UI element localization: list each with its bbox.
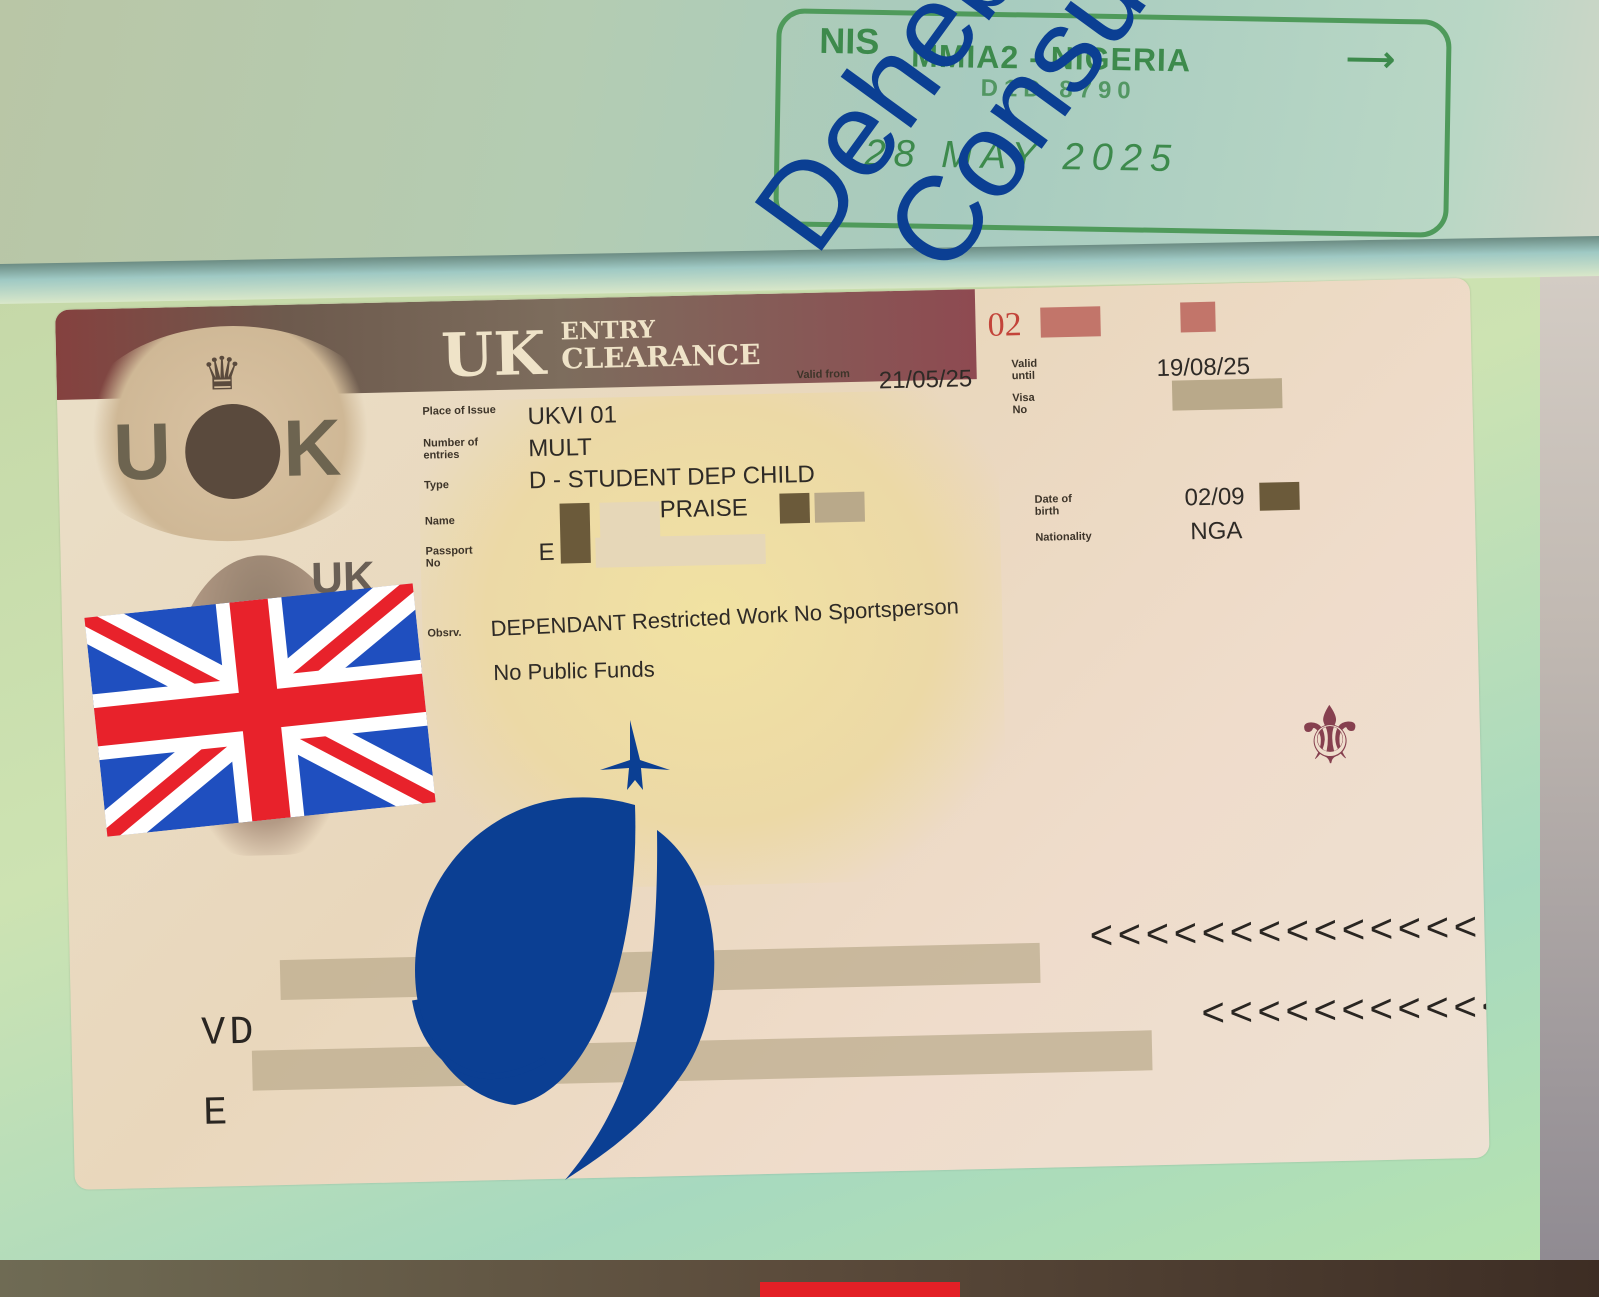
redacted-visa-no xyxy=(1172,378,1283,410)
redacted-name xyxy=(779,493,810,524)
arrow-right-icon: ⟶ xyxy=(1346,39,1395,80)
visa-no-label: Visa No xyxy=(1012,391,1053,416)
type-label: Type xyxy=(424,479,449,492)
redacted-serial xyxy=(1180,302,1216,333)
valid-from-label: Valid from xyxy=(797,368,857,381)
place-of-issue-value: UKVI 01 xyxy=(527,401,617,431)
dob-value: 02/09 xyxy=(1184,483,1245,512)
dehebrews-globe-plane-logo-icon xyxy=(395,700,735,1180)
redacted-passport xyxy=(595,534,766,568)
valid-until-label: Valid until xyxy=(1011,357,1062,382)
place-of-issue-label: Place of Issue xyxy=(422,404,502,418)
header-title-uk: UK xyxy=(440,319,546,391)
observations-line2: No Public Funds xyxy=(493,656,655,686)
name-label: Name xyxy=(425,515,455,528)
entries-value: MULT xyxy=(528,434,592,463)
emblem-u: U xyxy=(112,405,172,498)
emblem-circle xyxy=(184,403,281,500)
dob-label: Date of birth xyxy=(1034,492,1095,517)
crown-icon: ♛ xyxy=(201,346,243,401)
passport-label: Passport No xyxy=(425,544,486,569)
redacted-dob xyxy=(1259,482,1300,511)
visa-serial: 02 xyxy=(987,306,1022,345)
nationality-label: Nationality xyxy=(1035,531,1091,544)
header-clearance: CLEARANCE xyxy=(561,338,761,376)
entries-label: Number of entries xyxy=(423,436,504,462)
royal-coat-of-arms-icon: ⚜ xyxy=(1264,680,1396,793)
red-object xyxy=(760,1282,960,1297)
observations-label: Obsrv. xyxy=(427,627,461,640)
mrz-line2-start: E xyxy=(203,1091,232,1137)
union-jack-flag-icon xyxy=(84,583,435,836)
mrz-line2-fill: <<<<<<<<<<<<< xyxy=(1201,986,1490,1039)
nationality-value: NGA xyxy=(1190,517,1243,546)
redacted-serial xyxy=(1040,306,1101,337)
redacted-name xyxy=(560,503,591,564)
name-value: PRAISE xyxy=(659,494,748,524)
valid-from-value: 21/05/25 xyxy=(879,365,973,395)
mrz-line1-start: VD xyxy=(201,1011,258,1057)
passport-value: E xyxy=(538,539,555,567)
emblem-k: K xyxy=(282,402,342,495)
mrz-line1-fill: <<<<<<<<<<<<<< xyxy=(1089,908,1482,962)
redacted-name xyxy=(814,492,865,523)
